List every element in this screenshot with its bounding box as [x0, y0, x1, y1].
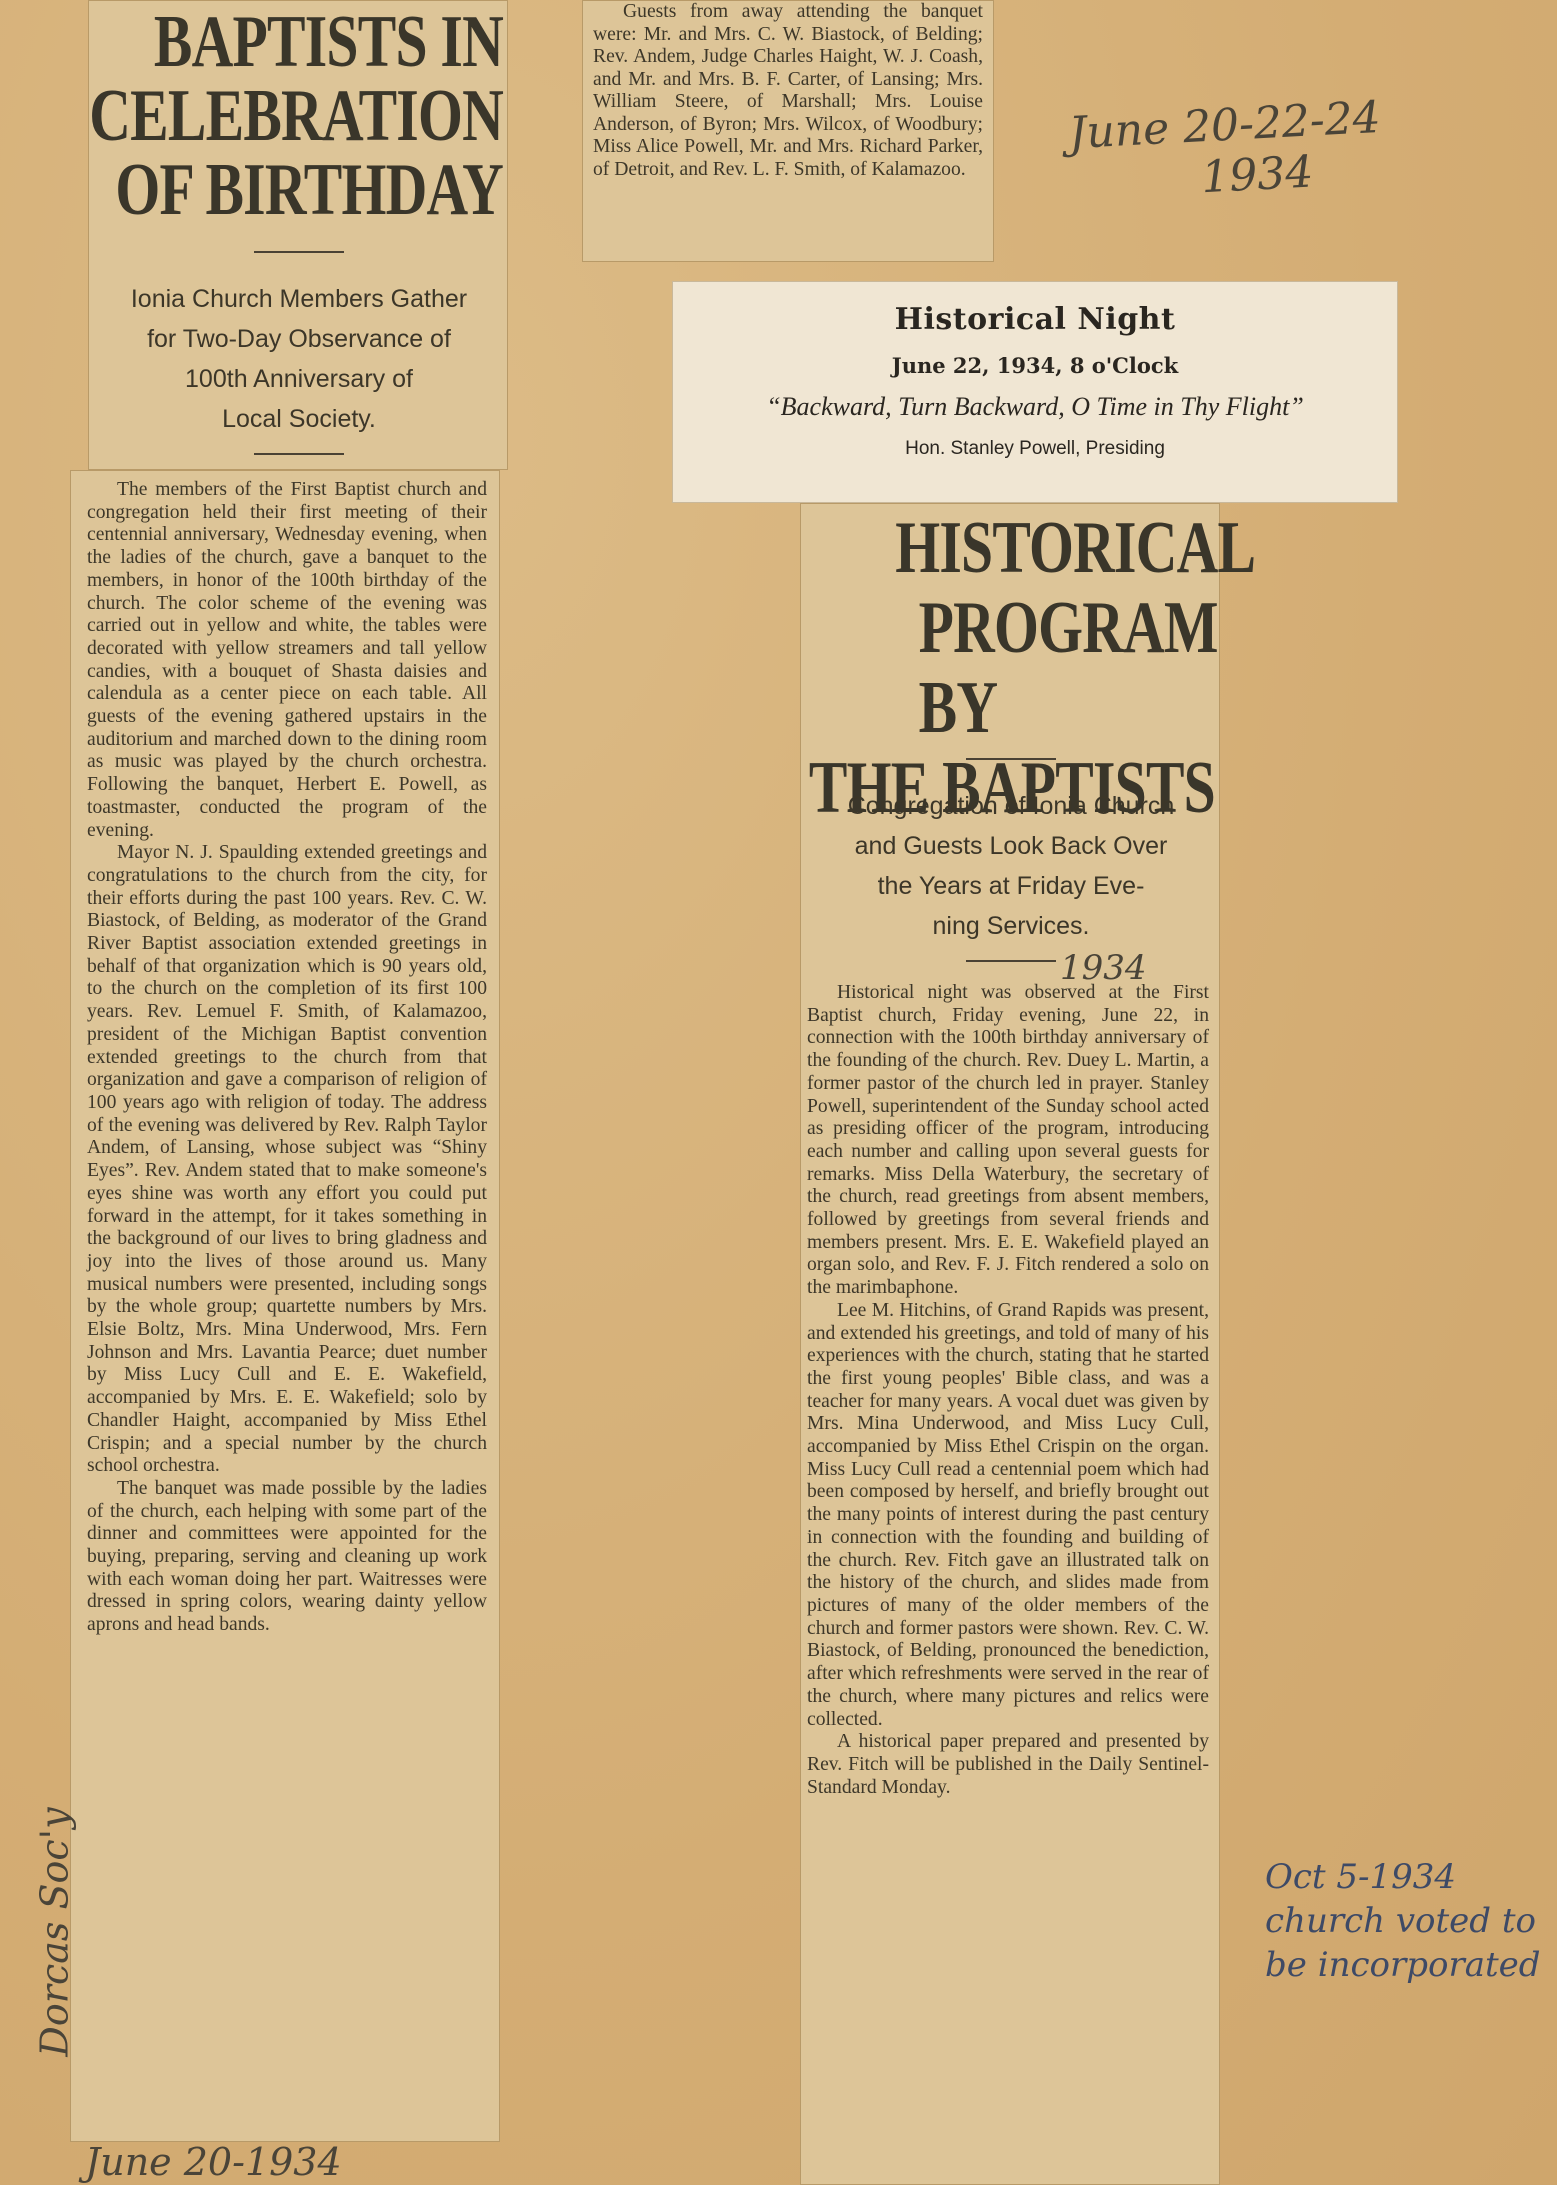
subhead-line: ning Services.: [801, 906, 1221, 946]
subhead-line: Local Society.: [89, 399, 509, 439]
divider-rule: [254, 251, 344, 253]
headline-line: BAPTISTS IN: [82, 5, 503, 79]
guests-clipping: Guests from away attending the banquet w…: [582, 0, 994, 262]
card-motto: “Backward, Turn Backward, O Time in Thy …: [673, 392, 1397, 422]
handwritten-article-year: 1934: [1060, 948, 1147, 988]
article-paragraph: Historical night was observed at the Fir…: [807, 982, 1209, 1300]
article-paragraph: The banquet was made possible by the lad…: [87, 1478, 487, 1637]
subhead-line: Congregation of Ionia Church: [801, 786, 1221, 826]
guests-text: Guests from away attending the banquet w…: [593, 1, 983, 181]
left-article-headline: BAPTISTS IN CELEBRATION OF BIRTHDAY: [82, 5, 503, 227]
headline-line: PROGRAM BY: [794, 588, 1215, 748]
article-paragraph: The members of the First Baptist church …: [87, 479, 487, 842]
subhead-line: the Years at Friday Eve-: [801, 866, 1221, 906]
subhead-line: for Two-Day Observance of: [89, 319, 509, 359]
left-article-header-clipping: BAPTISTS IN CELEBRATION OF BIRTHDAY Ioni…: [88, 0, 508, 470]
handwritten-dorcas-society: Dorcas Soc'y: [33, 1807, 77, 2056]
headline-line: OF BIRTHDAY: [82, 153, 503, 227]
article-paragraph: Lee M. Hitchins, of Grand Rapids was pre…: [807, 1300, 1209, 1731]
handwritten-note-line: church voted to: [1265, 1899, 1541, 1943]
right-article-subhead: Congregation of Ionia Church and Guests …: [801, 786, 1221, 946]
card-title: Historical Night: [673, 302, 1397, 337]
left-article-body-clipping: The members of the First Baptist church …: [70, 470, 500, 2142]
article-paragraph: Mayor N. J. Spaulding extended greetings…: [87, 842, 487, 1478]
subhead-line: Ionia Church Members Gather: [89, 279, 509, 319]
headline-line: CELEBRATION: [82, 79, 503, 153]
left-article-subhead: Ionia Church Members Gather for Two-Day …: [89, 279, 509, 439]
handwritten-note-line: be incorporated: [1265, 1943, 1541, 1987]
handwritten-bottom-date: June 20-1934: [85, 2140, 342, 2184]
right-article-clipping: HISTORICAL PROGRAM BY THE BAPTISTS Congr…: [800, 503, 1220, 2185]
divider-rule: [966, 960, 1056, 962]
handwritten-incorporation-note: Oct 5-1934 church voted to be incorporat…: [1265, 1855, 1541, 1987]
article-paragraph: A historical paper prepared and presente…: [807, 1731, 1209, 1799]
handwritten-dates: June 20-22-24 1934: [1068, 92, 1385, 210]
headline-line: HISTORICAL: [794, 508, 1215, 588]
historical-night-program-card: Historical Night June 22, 1934, 8 o'Cloc…: [672, 281, 1398, 503]
subhead-line: and Guests Look Back Over: [801, 826, 1221, 866]
handwritten-note-line: Oct 5-1934: [1265, 1855, 1541, 1899]
right-article-body: Historical night was observed at the Fir…: [807, 982, 1209, 1799]
divider-rule: [966, 758, 1056, 760]
right-article-headline: HISTORICAL PROGRAM BY THE BAPTISTS: [794, 508, 1215, 828]
card-presiding: Hon. Stanley Powell, Presiding: [673, 438, 1397, 460]
left-article-body: The members of the First Baptist church …: [87, 479, 487, 1637]
subhead-line: 100th Anniversary of: [89, 359, 509, 399]
divider-rule: [254, 453, 344, 455]
card-date-line: June 22, 1934, 8 o'Clock: [673, 353, 1397, 378]
